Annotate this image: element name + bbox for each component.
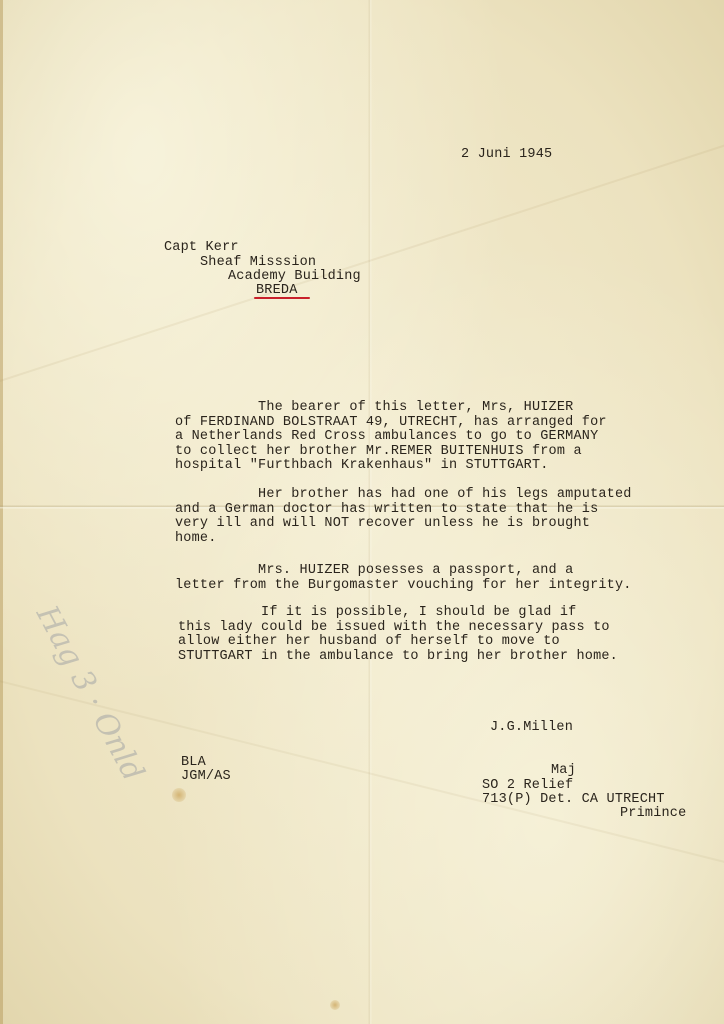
recipient-name: Capt Kerr — [164, 241, 239, 255]
reference-line-1: BLA — [181, 756, 206, 770]
signatory-name: J.G.Millen — [490, 721, 573, 735]
city-underline — [254, 297, 310, 299]
body-paragraph-1: The bearer of this letter, Mrs, HUIZER o… — [175, 401, 607, 474]
signatory-rank: Maj — [551, 764, 576, 778]
paper-stain — [172, 788, 186, 802]
reference-line-2: JGM/AS — [181, 770, 231, 784]
body-paragraph-3: Mrs. HUIZER posesses a passport, and a l… — [175, 564, 632, 593]
paper-stain — [330, 1000, 340, 1010]
recipient-city: BREDA — [256, 284, 298, 298]
letter-page: 2 Juni 1945 Capt Kerr Sheaf Misssion Aca… — [0, 0, 724, 1024]
body-paragraph-4: If it is possible, I should be glad if t… — [178, 606, 618, 664]
signatory-unit-line-2: 713(P) Det. CA UTRECHT — [482, 793, 665, 807]
crease-line — [0, 96, 724, 407]
pencil-annotation: Hag 3 · Onld — [29, 600, 151, 787]
body-paragraph-2: Her brother has had one of his legs ampu… — [175, 488, 632, 546]
recipient-building: Academy Building — [228, 270, 361, 284]
signatory-unit-line-3: Primince — [620, 807, 686, 821]
signatory-unit-line-1: SO 2 Relief — [482, 779, 573, 793]
paper-edge — [0, 0, 3, 1024]
letter-date: 2 Juni 1945 — [461, 148, 552, 162]
recipient-organization: Sheaf Misssion — [200, 256, 316, 270]
